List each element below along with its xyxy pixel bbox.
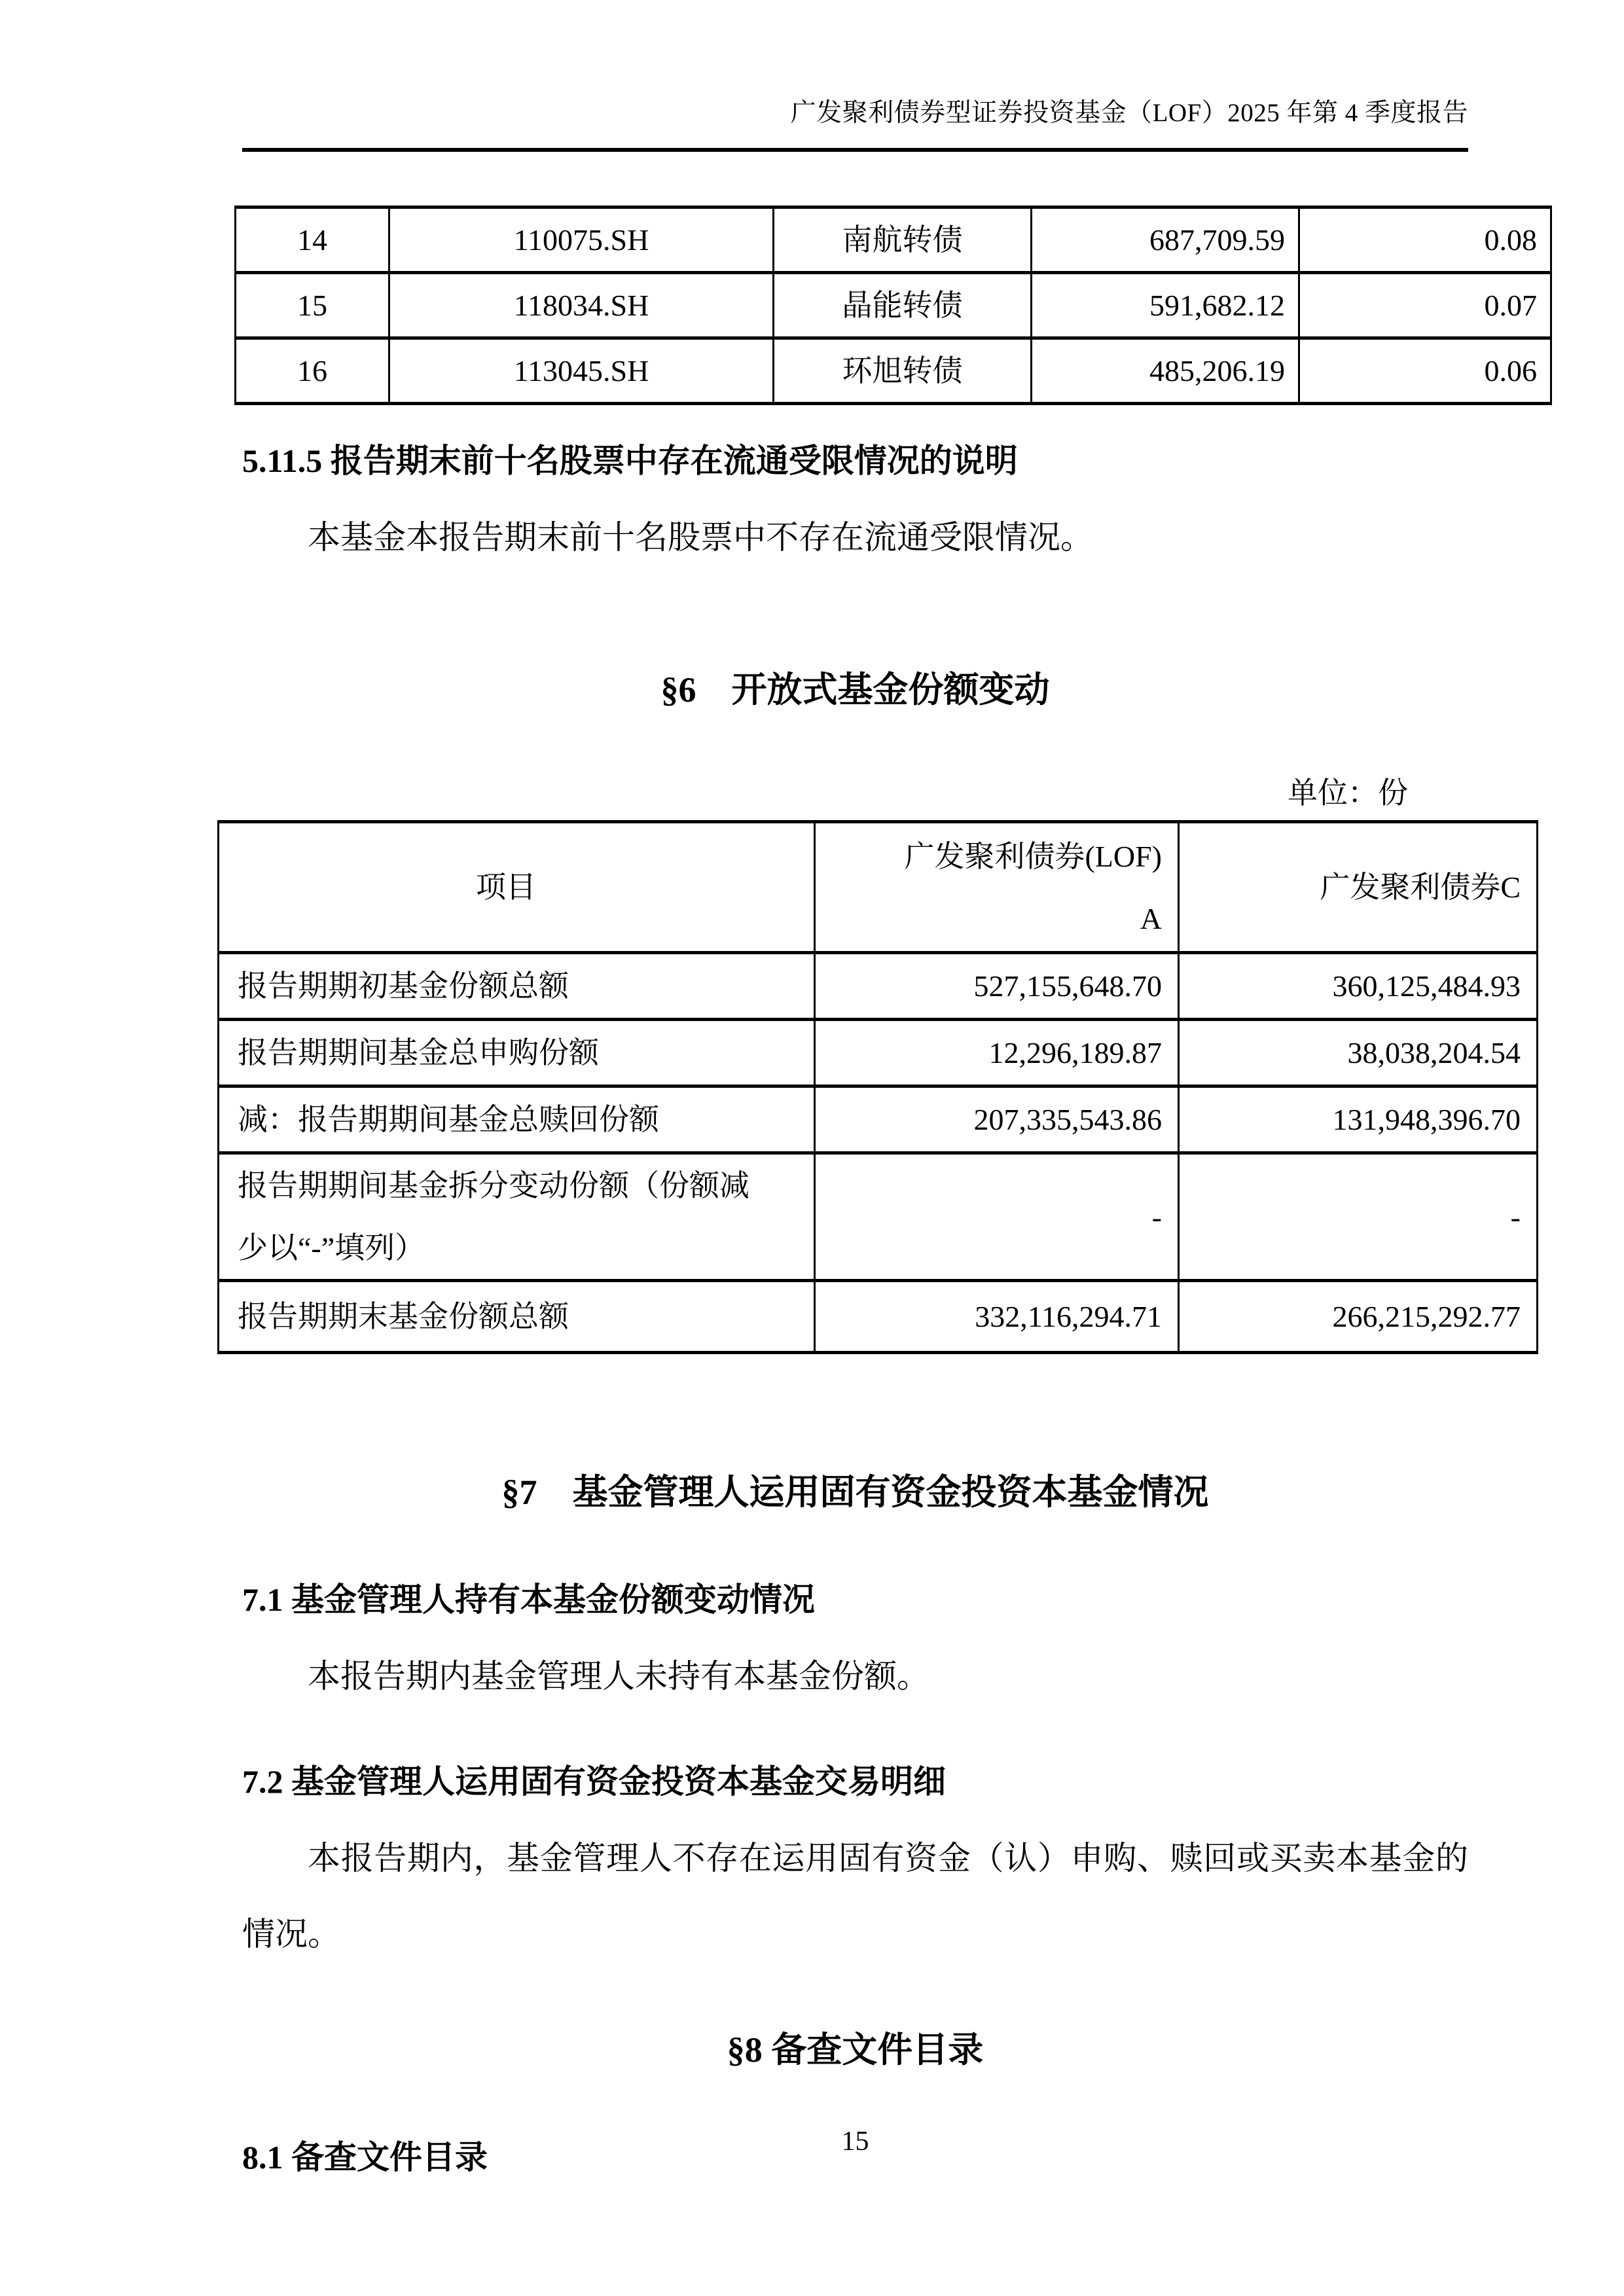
bond-name-cell: 晶能转债	[774, 273, 1032, 338]
bond-ratio-cell: 0.08	[1299, 207, 1551, 273]
section-8-heading: §8 备查文件目录	[242, 2028, 1468, 2072]
section-7-1-heading: 7.1 基金管理人持有本基金份额变动情况	[242, 1579, 1468, 1620]
share-item-header: 项目	[219, 822, 815, 953]
section-6-heading: §6 开放式基金份额变动	[242, 668, 1468, 711]
unit-note: 单位：份	[242, 769, 1468, 812]
bond-rank-cell: 15	[236, 273, 389, 338]
bond-ratio-cell: 0.06	[1299, 338, 1551, 404]
bond-name-cell: 南航转债	[774, 207, 1032, 273]
table-row: 报告期期末基金份额总额 332,116,294.71 266,215,292.7…	[219, 1281, 1538, 1353]
bond-value-cell: 591,682.12	[1032, 273, 1299, 338]
bond-name-cell: 环旭转债	[774, 338, 1032, 404]
share-class-a-cell: 527,155,648.70	[815, 953, 1179, 1020]
share-item-cell: 报告期期间基金总申购份额	[219, 1020, 815, 1086]
bond-holdings-table: 14 110075.SH 南航转债 687,709.59 0.08 15 118…	[234, 206, 1552, 405]
share-class-c-cell: -	[1179, 1153, 1538, 1281]
section-7-1-paragraph: 本报告期内基金管理人未持有本基金份额。	[242, 1638, 1468, 1714]
section-7-2-paragraph: 本报告期内，基金管理人不存在运用固有资金（认）申购、赎回或买卖本基金的情况。	[242, 1820, 1468, 1972]
table-row: 报告期期间基金总申购份额 12,296,189.87 38,038,204.54	[219, 1020, 1538, 1086]
share-change-table: 项目 广发聚利债券(LOF) A 广发聚利债券C 报告期期初基金份额总额 527…	[217, 820, 1538, 1354]
bond-ratio-cell: 0.07	[1299, 273, 1551, 338]
table-header-row: 项目 广发聚利债券(LOF) A 广发聚利债券C	[219, 822, 1538, 953]
share-class-c-cell: 131,948,396.70	[1179, 1086, 1538, 1153]
share-class-a-cell: 332,116,294.71	[815, 1281, 1179, 1353]
section-7-2-heading: 7.2 基金管理人运用固有资金投资本基金交易明细	[242, 1761, 1468, 1802]
bond-rank-cell: 16	[236, 338, 389, 404]
share-item-cell: 报告期期间基金拆分变动份额（份额减少以“-”填列）	[219, 1153, 815, 1281]
share-class-c-cell: 38,038,204.54	[1179, 1020, 1538, 1086]
table-row: 16 113045.SH 环旭转债 485,206.19 0.06	[236, 338, 1551, 404]
share-item-cell: 减：报告期期间基金总赎回份额	[219, 1086, 815, 1153]
share-class-a-cell: 12,296,189.87	[815, 1020, 1179, 1086]
section-5-11-5-heading: 5.11.5 报告期末前十名股票中存在流通受限情况的说明	[242, 440, 1468, 481]
report-page: 广发聚利债券型证券投资基金（LOF）2025 年第 4 季度报告 14 1100…	[0, 0, 1624, 2296]
table-row: 报告期期初基金份额总额 527,155,648.70 360,125,484.9…	[219, 953, 1538, 1020]
table-row: 减：报告期期间基金总赎回份额 207,335,543.86 131,948,39…	[219, 1086, 1538, 1153]
section-7-heading: §7 基金管理人运用固有资金投资本基金情况	[242, 1471, 1468, 1514]
table-row: 15 118034.SH 晶能转债 591,682.12 0.07	[236, 273, 1551, 338]
page-number: 15	[242, 2126, 1468, 2157]
share-item-cell: 报告期期末基金份额总额	[219, 1281, 815, 1353]
header-rule	[242, 148, 1468, 152]
share-class-a-cell: 207,335,543.86	[815, 1086, 1179, 1153]
table-row: 报告期期间基金拆分变动份额（份额减少以“-”填列） - -	[219, 1153, 1538, 1281]
share-class-c-cell: 360,125,484.93	[1179, 953, 1538, 1020]
document-header-title: 广发聚利债券型证券投资基金（LOF）2025 年第 4 季度报告	[242, 98, 1468, 128]
bond-value-cell: 485,206.19	[1032, 338, 1299, 404]
table-row: 14 110075.SH 南航转债 687,709.59 0.08	[236, 207, 1551, 273]
bond-code-cell: 110075.SH	[389, 207, 774, 273]
share-item-cell: 报告期期初基金份额总额	[219, 953, 815, 1020]
document-header: 广发聚利债券型证券投资基金（LOF）2025 年第 4 季度报告	[242, 0, 1468, 152]
share-class-c-cell: 266,215,292.77	[1179, 1281, 1538, 1353]
share-class-a-header: 广发聚利债券(LOF) A	[815, 822, 1179, 953]
bond-rank-cell: 14	[236, 207, 389, 273]
share-class-a-cell: -	[815, 1153, 1179, 1281]
bond-code-cell: 118034.SH	[389, 273, 774, 338]
share-class-c-header: 广发聚利债券C	[1179, 822, 1538, 953]
section-5-11-5-paragraph: 本基金本报告期末前十名股票中不存在流通受限情况。	[242, 499, 1468, 575]
bond-value-cell: 687,709.59	[1032, 207, 1299, 273]
bond-code-cell: 113045.SH	[389, 338, 774, 404]
